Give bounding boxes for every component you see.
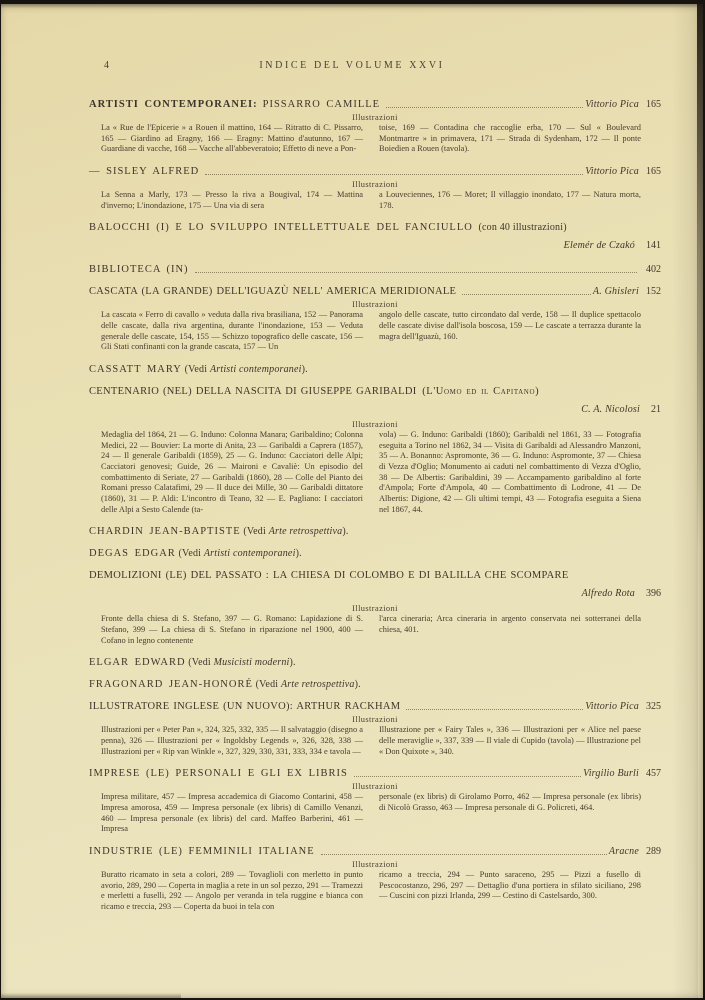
illustrations-right-column: personale (ex libris) di Girolamo Porro,… xyxy=(379,792,641,835)
entry-rubric: ARTISTI CONTEMPORANEI: xyxy=(89,99,258,110)
illustrations-left-column: Buratto ricamato in seta a colori, 289 —… xyxy=(101,870,363,913)
entry-author: Vittorio Pica xyxy=(585,166,639,177)
entry-page-ref: 325 xyxy=(646,701,661,712)
entry-author: Vittorio Pica xyxy=(585,99,639,110)
cross-ref-pre: (Vedi xyxy=(241,526,269,537)
illustrations-right-column: ricamo a treccia, 294 — Punto saraceno, … xyxy=(379,870,641,913)
illustrations-label: Illustrazioni xyxy=(89,113,661,122)
index-entry-imprese: IMPRESE (LE) PERSONALI E GLI EX LIBRIS V… xyxy=(89,768,661,835)
entry-title: BALOCCHI (I) E LO SVILUPPO INTELLETTUALE… xyxy=(89,222,473,233)
entry-author: Vittorio Pica xyxy=(585,701,639,712)
entry-title: PISSARRO CAMILLE xyxy=(263,99,380,110)
entry-author: Alfredo Rota xyxy=(582,588,635,599)
index-entries: ARTISTI CONTEMPORANEI: PISSARRO CAMILLE … xyxy=(89,99,661,913)
dotted-leader xyxy=(386,107,583,108)
index-entry-elgar: ELGAR EDWARD (Vedi Musicisti moderni). xyxy=(89,657,661,668)
illustrations-right-column: l'arca cineraria; Arca cineraria in arge… xyxy=(379,614,641,646)
illustrations-block: Buratto ricamato in seta a colori, 289 —… xyxy=(101,870,641,913)
entry-subtitle: (L'Uomo ed il Capitano) xyxy=(422,386,539,397)
dotted-leader xyxy=(354,776,581,777)
entry-heading: FRAGONARD JEAN-HONORÉ (Vedi Arte retrosp… xyxy=(89,679,661,690)
page-curvature-shadow xyxy=(672,4,698,998)
entry-page-ref: 289 xyxy=(646,846,661,857)
entry-author: Virgilio Burli xyxy=(583,768,639,779)
entry-heading: ELGAR EDWARD (Vedi Musicisti moderni). xyxy=(89,657,661,668)
entry-page-ref: 21 xyxy=(651,404,661,415)
cross-ref-pre: (Vedi xyxy=(182,364,210,375)
illustrations-left-column: Impresa militare, 457 — Impresa accademi… xyxy=(101,792,363,835)
illustrations-block: La Senna a Marly, 173 — Presso la riva a… xyxy=(101,190,641,211)
entry-page-ref: 165 xyxy=(646,166,661,177)
header-title: INDICE DEL VOLUME XXVI xyxy=(1,60,703,71)
illustrations-right-column: vola) — G. Induno: Garibaldi (1860); Gar… xyxy=(379,430,641,515)
dotted-leader xyxy=(321,854,607,855)
illustrations-label: Illustrazioni xyxy=(89,782,661,791)
entry-title: CENTENARIO (NEL) DELLA NASCITA DI GIUSEP… xyxy=(89,386,417,397)
illustrations-block: Fronte della chiesa di S. Stefano, 397 —… xyxy=(101,614,641,646)
entry-title: INDUSTRIE (LE) FEMMINILI ITALIANE xyxy=(89,846,315,857)
entry-author-line: C. A. Nicolosi 21 xyxy=(89,399,661,417)
illustrations-left-column: La « Rue de l'Epicerie » a Rouen il matt… xyxy=(101,123,363,155)
illustrations-right-column: Illustrazione per « Fairy Tales », 336 —… xyxy=(379,725,641,757)
entry-heading: CASCATA (LA GRANDE) DELL'IGUAZÙ NELL' AM… xyxy=(89,286,661,297)
scan-right-edge-shadow xyxy=(697,4,703,551)
illustrations-label: Illustrazioni xyxy=(89,420,661,429)
entry-author: C. A. Nicolosi xyxy=(581,404,640,415)
entry-title: ELGAR EDWARD xyxy=(89,657,186,668)
entry-heading: DEMOLIZIONI (LE) DEL PASSATO : LA CHIESA… xyxy=(89,570,661,581)
illustrations-block: Impresa militare, 457 — Impresa accademi… xyxy=(101,792,641,835)
entry-heading: CHARDIN JEAN-BAPTISTE (Vedi Arte retrosp… xyxy=(89,526,661,537)
entry-author: A. Ghisleri xyxy=(593,286,639,297)
entry-title: CASCATA (LA GRANDE) DELL'IGUAZÙ NELL' AM… xyxy=(89,286,456,297)
dotted-leader xyxy=(406,709,583,710)
entry-title: DEMOLIZIONI (LE) DEL PASSATO : LA CHIESA… xyxy=(89,570,569,581)
illustrations-block: Illustrazioni per « Peter Pan », 324, 32… xyxy=(101,725,641,757)
entry-page-ref: 165 xyxy=(646,99,661,110)
illustrations-left-column: Illustrazioni per « Peter Pan », 324, 32… xyxy=(101,725,363,757)
illustrations-left-column: Fronte della chiesa di S. Stefano, 397 —… xyxy=(101,614,363,646)
entry-title: DEGAS EDGAR xyxy=(89,548,176,559)
book-page: 4 INDICE DEL VOLUME XXVI ARTISTI CONTEMP… xyxy=(1,4,703,998)
entry-title: ILLUSTRATORE INGLESE (UN NUOVO): ARTHUR … xyxy=(89,701,400,712)
entry-author-line: Elemér de Czakó 141 xyxy=(89,235,661,253)
dotted-leader xyxy=(462,294,591,295)
illustrations-label: Illustrazioni xyxy=(89,604,661,613)
scan-bottom-left-edge-shadow xyxy=(1,993,181,998)
entry-page-ref: 457 xyxy=(646,768,661,779)
entry-author-line: Alfredo Rota 396 xyxy=(89,583,661,601)
dotted-leader xyxy=(195,272,637,273)
illustrations-left-column: Medaglia del 1864, 21 — G. Induno: Colon… xyxy=(101,430,363,515)
illustrations-label: Illustrazioni xyxy=(89,180,661,189)
entry-title: CHARDIN JEAN-BAPTISTE xyxy=(89,526,241,537)
illustrations-block: Medaglia del 1864, 21 — G. Induno: Colon… xyxy=(101,430,641,515)
cross-ref-target: Arte retrospettiva xyxy=(281,679,355,690)
entry-page-ref: 396 xyxy=(646,588,661,599)
entry-title: IMPRESE (LE) PERSONALI E GLI EX LIBRIS xyxy=(89,768,348,779)
entry-page-ref: 141 xyxy=(646,240,661,251)
page-header: 4 INDICE DEL VOLUME XXVI xyxy=(1,60,703,74)
index-entry-fragonard: FRAGONARD JEAN-HONORÉ (Vedi Arte retrosp… xyxy=(89,679,661,690)
entry-heading: ILLUSTRATORE INGLESE (UN NUOVO): ARTHUR … xyxy=(89,701,661,712)
illustrations-left-column: La cascata « Ferro di cavallo » veduta d… xyxy=(101,310,363,353)
illustrations-right-column: a Louveciennes, 176 — Moret; Il villaggi… xyxy=(379,190,641,211)
illustrations-left-column: La Senna a Marly, 173 — Presso la riva a… xyxy=(101,190,363,211)
cross-ref-target: Arte retrospettiva xyxy=(269,526,343,537)
illustrations-block: La « Rue de l'Epicerie » a Rouen il matt… xyxy=(101,123,641,155)
entry-note: (con 40 illustrazioni) xyxy=(478,222,566,233)
cross-ref-pre: (Vedi xyxy=(186,657,214,668)
index-entry-industrie: INDUSTRIE (LE) FEMMINILI ITALIANE Aracne… xyxy=(89,846,661,913)
entry-heading: IMPRESE (LE) PERSONALI E GLI EX LIBRIS V… xyxy=(89,768,661,779)
cross-ref-target: Artisti contemporanei xyxy=(210,364,302,375)
dotted-leader xyxy=(205,174,583,175)
index-entry-demolizioni: DEMOLIZIONI (LE) DEL PASSATO : LA CHIESA… xyxy=(89,570,661,646)
index-entry-cassatt: CASSATT MARY (Vedi Artisti contemporanei… xyxy=(89,364,661,375)
entry-heading: CENTENARIO (NEL) DELLA NASCITA DI GIUSEP… xyxy=(89,386,661,397)
illustrations-label: Illustrazioni xyxy=(89,300,661,309)
entry-author: Elemér de Czakó xyxy=(564,240,635,251)
illustrations-right-column: angolo delle cascate, tutto circondato d… xyxy=(379,310,641,353)
entry-title: FRAGONARD JEAN-HONORÉ xyxy=(89,679,253,690)
entry-page-ref: 152 xyxy=(646,286,661,297)
index-entry-sisley: — SISLEY ALFRED Vittorio Pica 165 Illust… xyxy=(89,166,661,211)
page-content: 4 INDICE DEL VOLUME XXVI ARTISTI CONTEMP… xyxy=(1,60,703,924)
cross-ref-post: ). xyxy=(302,364,308,375)
entry-author: Aracne xyxy=(609,846,639,857)
scan-top-edge-shadow xyxy=(1,4,703,8)
cross-ref-post: ). xyxy=(296,548,302,559)
cross-ref-pre: (Vedi xyxy=(253,679,281,690)
index-entry-degas: DEGAS EDGAR (Vedi Artisti contemporanei)… xyxy=(89,548,661,559)
index-entry-biblioteca: BIBLIOTECA (IN) 402 xyxy=(89,264,661,275)
index-entry-rackham: ILLUSTRATORE INGLESE (UN NUOVO): ARTHUR … xyxy=(89,701,661,757)
entry-page-ref: 402 xyxy=(646,264,661,275)
illustrations-block: La cascata « Ferro di cavallo » veduta d… xyxy=(101,310,641,353)
cross-ref-post: ). xyxy=(342,526,348,537)
entry-heading: CASSATT MARY (Vedi Artisti contemporanei… xyxy=(89,364,661,375)
index-entry-centenario-garibaldi: CENTENARIO (NEL) DELLA NASCITA DI GIUSEP… xyxy=(89,386,661,515)
entry-heading: DEGAS EDGAR (Vedi Artisti contemporanei)… xyxy=(89,548,661,559)
entry-heading: INDUSTRIE (LE) FEMMINILI ITALIANE Aracne… xyxy=(89,846,661,857)
entry-title: BIBLIOTECA (IN) xyxy=(89,264,189,275)
cross-ref-target: Musicisti moderni xyxy=(214,657,290,668)
entry-heading: ARTISTI CONTEMPORANEI: PISSARRO CAMILLE … xyxy=(89,99,661,110)
entry-title: — SISLEY ALFRED xyxy=(89,166,199,177)
entry-title: CASSATT MARY xyxy=(89,364,182,375)
index-entry-cascata: CASCATA (LA GRANDE) DELL'IGUAZÙ NELL' AM… xyxy=(89,286,661,353)
illustrations-label: Illustrazioni xyxy=(89,860,661,869)
index-entry-chardin: CHARDIN JEAN-BAPTISTE (Vedi Arte retrosp… xyxy=(89,526,661,537)
entry-heading: BIBLIOTECA (IN) 402 xyxy=(89,264,661,275)
cross-ref-post: ). xyxy=(290,657,296,668)
illustrations-right-column: toise, 169 — Contadina che raccoglie erb… xyxy=(379,123,641,155)
cross-ref-target: Artisti contemporanei xyxy=(204,548,296,559)
cross-ref-post: ). xyxy=(355,679,361,690)
illustrations-label: Illustrazioni xyxy=(89,715,661,724)
entry-heading: BALOCCHI (I) E LO SVILUPPO INTELLETTUALE… xyxy=(89,222,661,233)
cross-ref-pre: (Vedi xyxy=(176,548,204,559)
index-entry-pissarro: ARTISTI CONTEMPORANEI: PISSARRO CAMILLE … xyxy=(89,99,661,155)
entry-heading: — SISLEY ALFRED Vittorio Pica 165 xyxy=(89,166,661,177)
index-entry-balocchi: BALOCCHI (I) E LO SVILUPPO INTELLETTUALE… xyxy=(89,222,661,253)
